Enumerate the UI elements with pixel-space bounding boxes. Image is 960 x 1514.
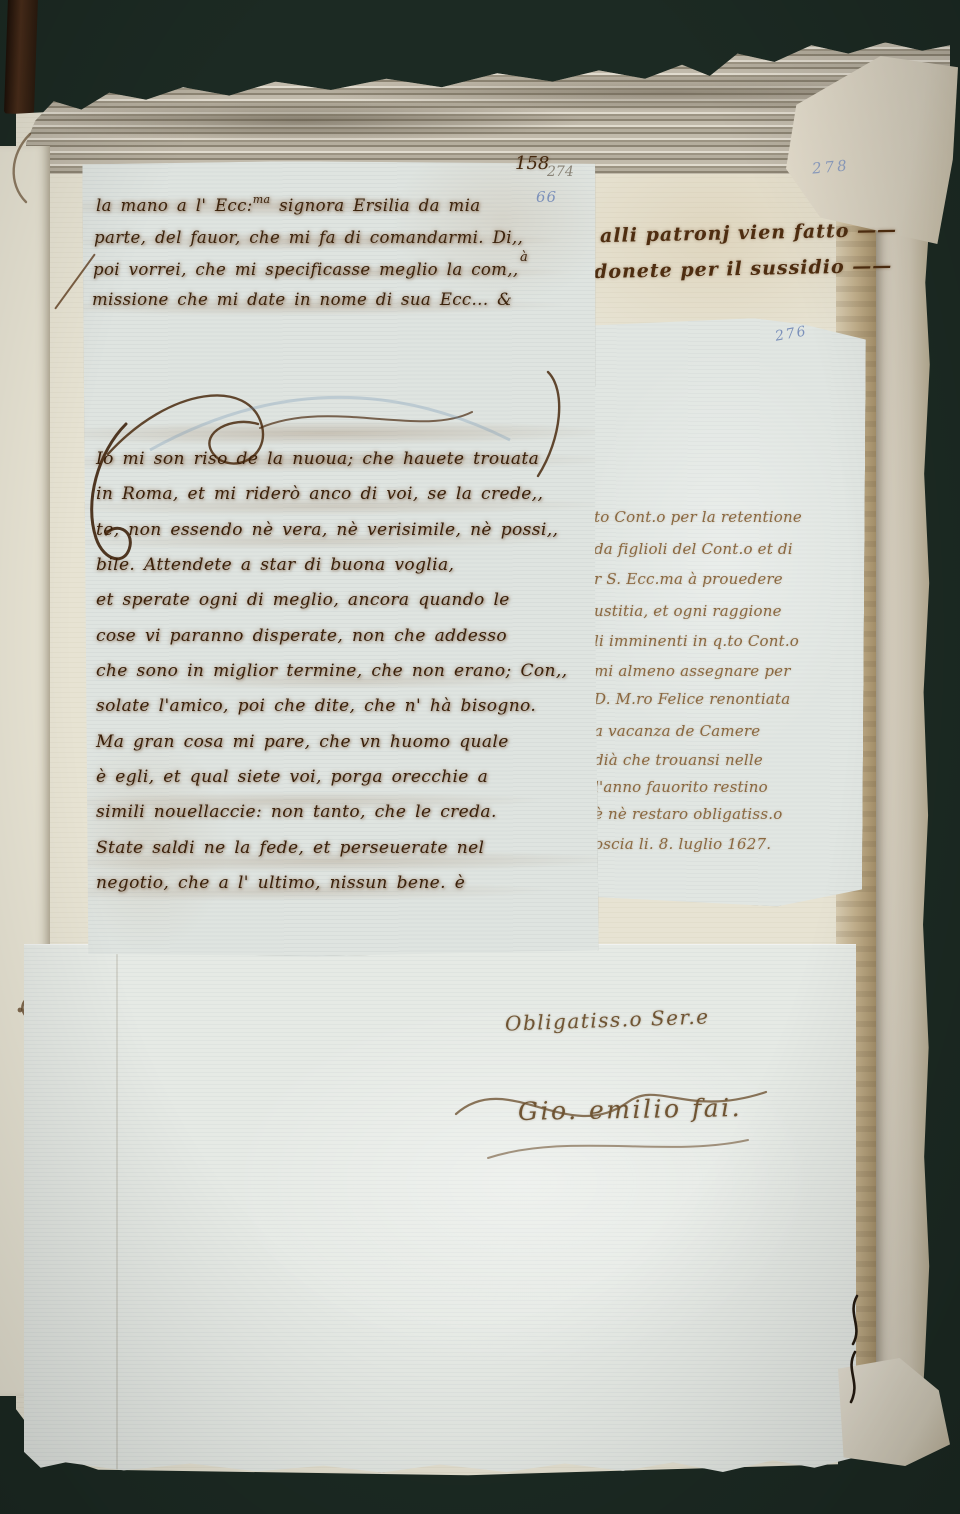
superscript-mark: à	[520, 250, 528, 265]
note-line: da figlioli del Cont.o et di	[594, 540, 793, 558]
letter-body-line: negotio, che a l' ultimo, nissun bene. è	[96, 873, 465, 893]
letter-body-line: in Roma, et mi riderò anco di voi, se la…	[96, 484, 543, 504]
folio-number-ink: 158	[515, 153, 549, 174]
note-line: ustitia, et ogni raggione	[594, 602, 782, 620]
letter-lower-sheet	[24, 944, 856, 1473]
postscript-text: la mano a l' Ecc:	[96, 196, 253, 215]
letter-body-line: che sono in miglior termine, che non era…	[96, 661, 567, 681]
letter-body-line: te, non essendo nè vera, nè verisimile, …	[96, 520, 558, 540]
postscript-line: missione che mi date in nome di sua Ecc.…	[92, 290, 512, 309]
note-line: a vacanza de Camere	[594, 722, 760, 740]
note-line: li imminenti in q.to Cont.o	[594, 632, 799, 650]
note-line: r S. Ecc.ma à prouedere	[594, 570, 783, 588]
edge-ink-writing	[843, 1292, 869, 1412]
letter-body-line: solate l'amico, poi che dite, che n' hà …	[96, 696, 536, 716]
letter-body-line: simili nouellaccie: non tanto, che le cr…	[96, 802, 497, 822]
note-line: to Cont.o per la retentione	[594, 508, 802, 526]
postscript-text: signora Ersilia da mia	[270, 196, 480, 215]
wooden-stick	[4, 0, 38, 114]
letter-body-line: Ma gran cosa mi pare, che vn huomo quale	[96, 732, 509, 752]
corner-folio-number-blue: 278	[811, 156, 850, 177]
fold-crease	[116, 945, 118, 1473]
postscript-line: la mano a l' Ecc:ma signora Ersilia da m…	[96, 193, 480, 215]
note-line: D. M.ro Felice renontiata	[594, 690, 790, 708]
signature-name: Gio. emilio fai.	[518, 1093, 743, 1126]
folio-number-pencil: 274	[547, 164, 574, 180]
letter-body-line: et sperate ogni di meglio, ancora quando…	[96, 590, 510, 610]
postscript-line: poi vorrei, che mi specificasse meglio l…	[93, 260, 519, 279]
note-line: l'anno fauorito restino	[594, 778, 768, 796]
letter-body-line: State saldi ne la fede, et perseuerate n…	[96, 838, 484, 858]
note-line: mi almeno assegnare per	[594, 662, 791, 680]
folio-number-blue: 66	[536, 188, 557, 206]
note-line: è nè restaro obligatiss.o	[594, 805, 782, 823]
letter-body-line: è egli, et qual siete voi, porga orecchi…	[96, 767, 488, 787]
blue-pencil-arc	[140, 340, 520, 460]
note-line: dià che trouansi nelle	[594, 751, 763, 769]
letter-body-line: cose vi paranno disperate, non che addes…	[96, 626, 507, 646]
letter-body-line: Io mi son riso de la nuoua; che hauete t…	[96, 449, 539, 469]
margin-ink-flourish	[0, 128, 36, 208]
note-line: oscia li. 8. luglio 1627.	[594, 835, 771, 853]
letter-body-line: bile. Attendete a star di buona voglia,	[96, 555, 454, 575]
postscript-line: parte, del fauor, che mi fa di comandarm…	[94, 228, 523, 247]
archival-photo: alli patronj vien fatto —— donete per il…	[0, 0, 960, 1514]
superscript-abbreviation: ma	[253, 193, 271, 206]
